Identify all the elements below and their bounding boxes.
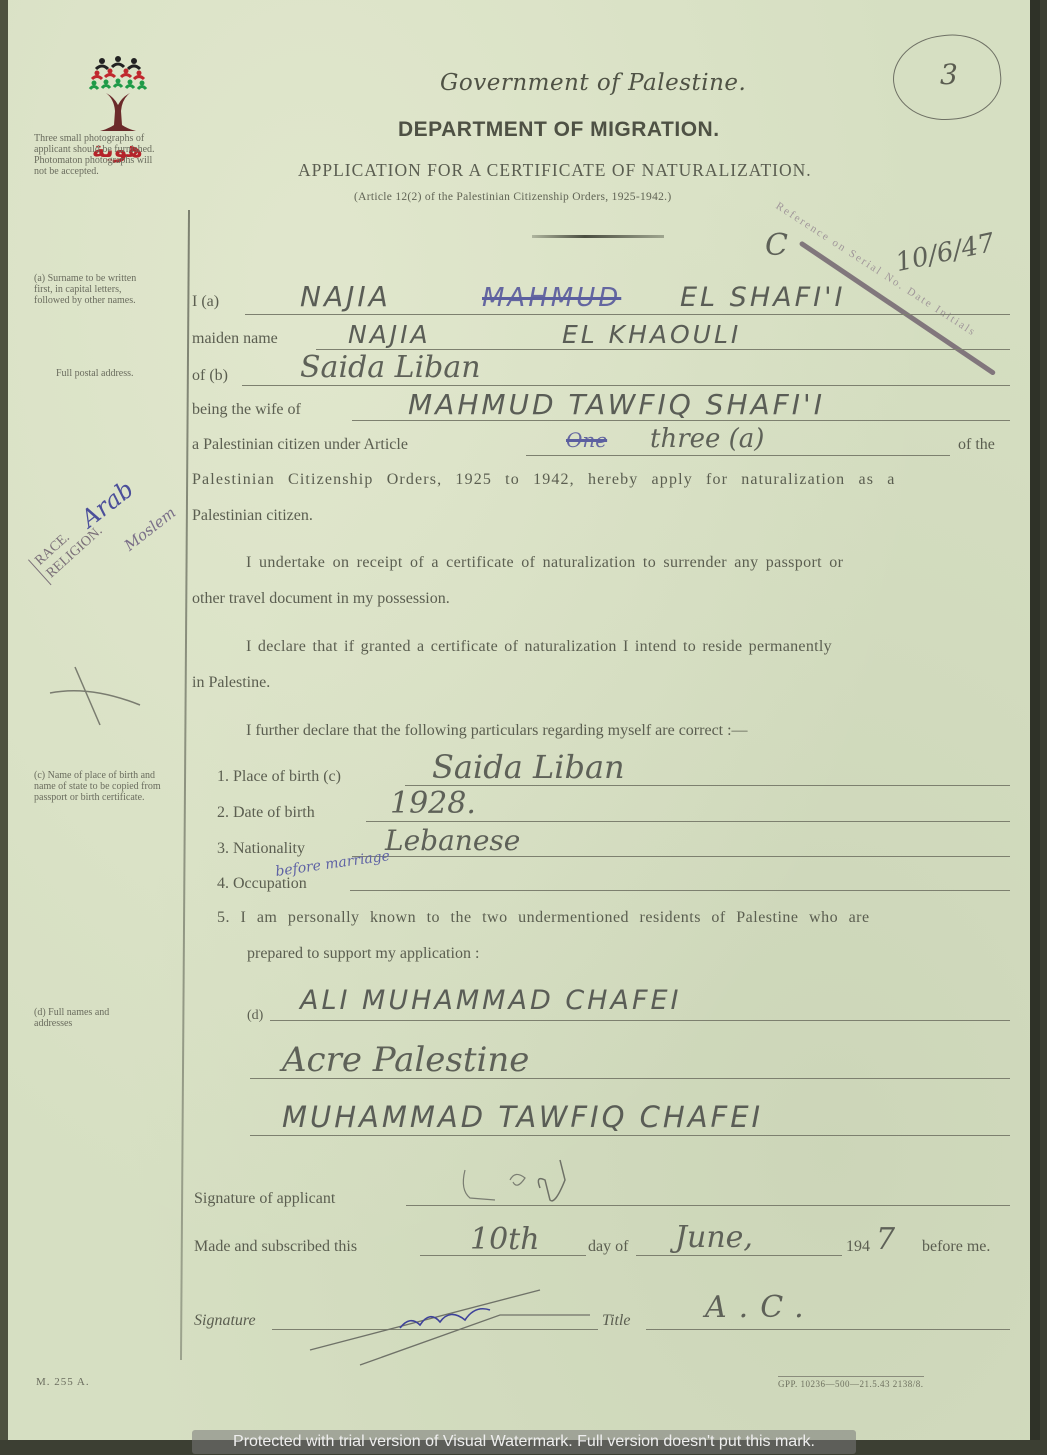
label-maiden-name: maiden name bbox=[192, 330, 278, 348]
government-heading: Government of Palestine. bbox=[440, 70, 746, 96]
margin-note-photos: Three small photographs of applicant sho… bbox=[34, 133, 164, 177]
label-occupation: 4. Occupation bbox=[217, 875, 307, 893]
date-of-birth-line bbox=[366, 821, 1010, 822]
referee-1-name[interactable]: ALI MUHAMMAD CHAFEI bbox=[300, 985, 682, 1016]
article-line bbox=[526, 455, 950, 456]
day-value[interactable]: 10th bbox=[470, 1222, 540, 1257]
label-d: (d) bbox=[247, 1008, 263, 1024]
printer-code: GPP. 10236—500—21.5.43 2138/8. bbox=[778, 1376, 924, 1389]
margin-note-referees: (d) Full names and addresses bbox=[34, 1007, 139, 1029]
article-struck-value[interactable]: One bbox=[566, 428, 607, 452]
label-wife-of: being the wife of bbox=[192, 401, 301, 419]
label-applicant-signature: Signature of applicant bbox=[194, 1190, 335, 1208]
address-line bbox=[242, 385, 1010, 386]
label-signature: Signature bbox=[194, 1312, 256, 1330]
orders-line: Palestinian Citizenship Orders, 1925 to … bbox=[192, 471, 896, 489]
maiden-surname[interactable]: EL KHAOULI bbox=[562, 320, 741, 349]
label-year-prefix: 194 bbox=[846, 1238, 870, 1256]
page-right-border bbox=[1030, 0, 1040, 1440]
article-reference: (Article 12(2) of the Palestinian Citize… bbox=[354, 191, 671, 203]
application-title: APPLICATION FOR A CERTIFICATE OF NATURAL… bbox=[298, 160, 812, 181]
margin-note-surname: (a) Surname to be written first, in capi… bbox=[34, 273, 156, 306]
label-article: a Palestinian citizen under Article bbox=[192, 436, 408, 454]
department-heading: DEPARTMENT OF MIGRATION. bbox=[398, 118, 720, 142]
referee-2-name[interactable]: MUHAMMAD TAWFIQ CHAFEI bbox=[282, 1100, 763, 1134]
year-suffix-value[interactable]: 7 bbox=[876, 1222, 895, 1257]
religion-value: Moslem bbox=[121, 503, 179, 554]
letter-c-mark: C bbox=[765, 228, 788, 263]
applicant-name-line bbox=[245, 314, 1010, 315]
declare-paragraph-line2: in Palestine. bbox=[192, 674, 270, 692]
header-rule bbox=[532, 235, 664, 238]
circled-number: 3 bbox=[940, 58, 958, 91]
declare-paragraph-line1: I declare that if granted a certificate … bbox=[246, 638, 832, 656]
maiden-first-name[interactable]: NAJIA bbox=[348, 320, 431, 349]
referee-line-3 bbox=[250, 1135, 1010, 1136]
label-place-of-birth: 1. Place of birth (c) bbox=[217, 768, 341, 786]
handwritten-date: 10/6/47 bbox=[893, 228, 997, 278]
place-of-birth-value[interactable]: Saida Liban bbox=[432, 748, 625, 786]
item5-line2: prepared to support my application : bbox=[247, 945, 479, 963]
label-nationality: 3. Nationality bbox=[217, 840, 305, 858]
form-number: M. 255 A. bbox=[36, 1376, 90, 1388]
referee-1-address[interactable]: Acre Palestine bbox=[282, 1040, 529, 1080]
label-made-subscribed: Made and subscribed this bbox=[194, 1238, 357, 1256]
month-value[interactable]: June, bbox=[675, 1220, 753, 1255]
watermark-banner: Protected with trial version of Visual W… bbox=[192, 1430, 856, 1454]
title-line bbox=[646, 1329, 1010, 1330]
cross-mark-icon bbox=[30, 665, 180, 755]
naturalization-application-page: هوية Three small photographs of applican… bbox=[0, 0, 1040, 1440]
husband-name[interactable]: MAHMUD TAWFIQ SHAFI'I bbox=[408, 388, 825, 421]
title-value[interactable]: A.C. bbox=[705, 1290, 816, 1325]
item5-line1: 5. I am personally known to the two unde… bbox=[217, 909, 870, 927]
margin-note-birthplace: (c) Name of place of birth and name of s… bbox=[34, 770, 169, 803]
label-title: Title bbox=[602, 1312, 630, 1330]
address-value[interactable]: Saida Liban bbox=[300, 350, 481, 385]
article-value[interactable]: three (a) bbox=[650, 424, 764, 454]
label-of-the: of the bbox=[958, 436, 995, 454]
undertake-paragraph-line2: other travel document in my possession. bbox=[192, 590, 450, 608]
margin-vertical-line bbox=[180, 210, 190, 1360]
label-of-b: of (b) bbox=[192, 367, 228, 385]
label-day-of: day of bbox=[588, 1238, 628, 1256]
label-before-me: before me. bbox=[922, 1238, 990, 1256]
applicant-surname[interactable]: EL SHAFI'I bbox=[680, 282, 845, 313]
date-of-birth-value[interactable]: 1928. bbox=[390, 786, 476, 821]
undertake-paragraph-line1: I undertake on receipt of a certificate … bbox=[246, 554, 843, 572]
citizen-line: Palestinian citizen. bbox=[192, 507, 313, 525]
occupation-line bbox=[350, 890, 1010, 891]
tree-people-logo-icon bbox=[88, 55, 148, 135]
applicant-arabic-signature-icon[interactable] bbox=[455, 1150, 575, 1220]
race-value: Arab bbox=[76, 475, 139, 533]
further-declare-paragraph: I further declare that the following par… bbox=[246, 722, 748, 740]
label-date-of-birth: 2. Date of birth bbox=[217, 804, 315, 822]
page-left-border bbox=[0, 0, 8, 1440]
referee-line-1 bbox=[270, 1020, 1010, 1021]
nationality-value[interactable]: Lebanese bbox=[385, 824, 520, 857]
month-line bbox=[636, 1255, 842, 1256]
applicant-struck-name[interactable]: MAHMUD bbox=[482, 283, 621, 313]
label-i-a: I (a) bbox=[192, 293, 219, 311]
margin-note-postal: Full postal address. bbox=[34, 368, 134, 379]
official-signature-icon[interactable] bbox=[300, 1270, 620, 1370]
applicant-first-name[interactable]: NAJIA bbox=[300, 280, 391, 313]
